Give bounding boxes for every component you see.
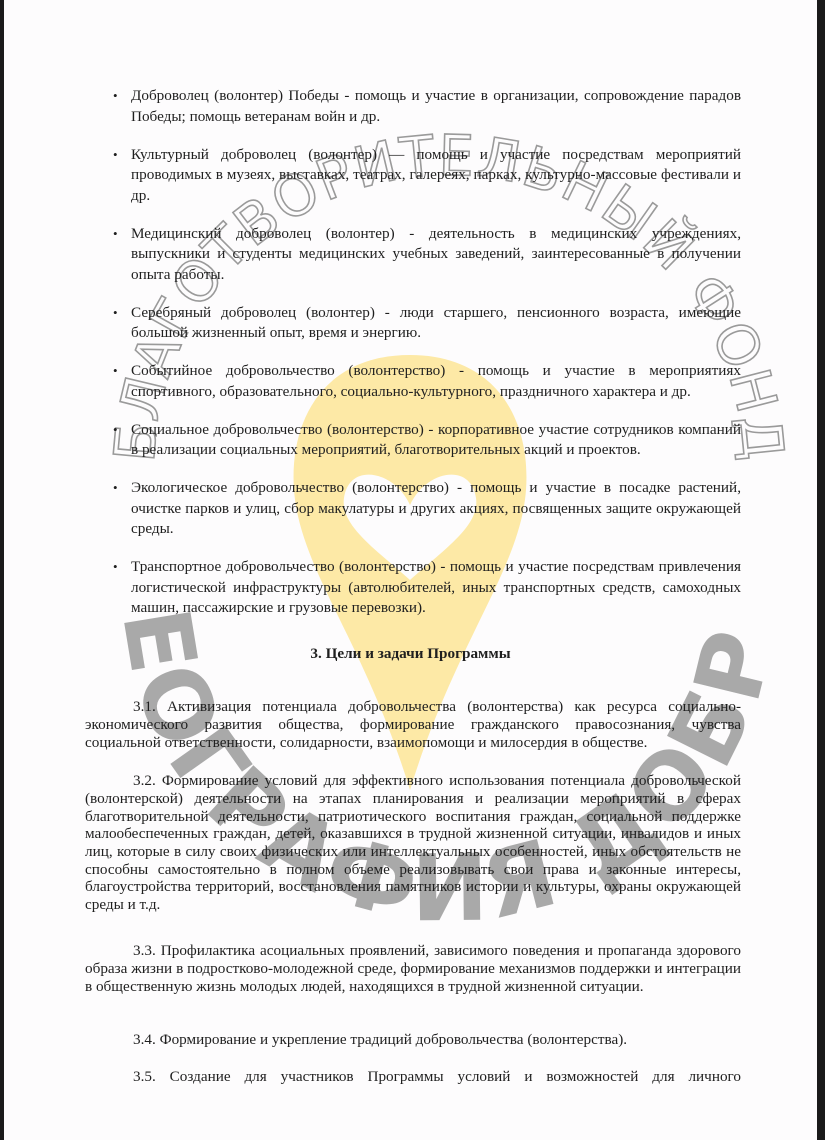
volunteer-types-list: •Доброволец (волонтер) Победы - помощь и… bbox=[4, 86, 817, 636]
list-item: •Медицинский доброволец (волонтер) - дея… bbox=[131, 224, 741, 286]
bullet-icon: • bbox=[113, 224, 118, 245]
list-item: •Социальное добровольчество (волонтерств… bbox=[131, 420, 741, 461]
section-heading: 3. Цели и задачи Программы bbox=[4, 644, 817, 664]
paragraph-3-4: 3.4. Формирование и укрепление традиций … bbox=[85, 1031, 741, 1049]
paragraph-3-5: 3.5. Создание для участников Программы у… bbox=[85, 1068, 741, 1086]
list-item: •Доброволец (волонтер) Победы - помощь и… bbox=[131, 86, 741, 127]
bullet-icon: • bbox=[113, 86, 118, 107]
list-item: •Событийное добровольчество (волонтерств… bbox=[131, 361, 741, 402]
bullet-icon: • bbox=[113, 303, 118, 324]
bullet-icon: • bbox=[113, 145, 118, 166]
paragraph-3-1: 3.1. Активизация потенциала добровольчес… bbox=[85, 698, 741, 751]
list-item: •Экологическое добровольчество (волонтер… bbox=[131, 478, 741, 540]
bullet-icon: • bbox=[113, 361, 118, 382]
paragraph-3-2: 3.2. Формирование условий для эффективно… bbox=[85, 772, 741, 914]
document-page: БЛАГОТВОРИТЕЛЬНЫЙ ФОНД ГЕОГРАФИЯ ДОБРА •… bbox=[4, 0, 817, 1140]
paragraph-3-3: 3.3. Профилактика асоциальных проявлений… bbox=[85, 942, 741, 995]
bullet-icon: • bbox=[113, 557, 118, 578]
list-item: •Культурный доброволец (волонтер) — помо… bbox=[131, 145, 741, 207]
bullet-icon: • bbox=[113, 478, 118, 499]
list-item: •Транспортное добровольчество (волонтерс… bbox=[131, 557, 741, 619]
bullet-icon: • bbox=[113, 420, 118, 441]
list-item: •Серебряный доброволец (волонтер) - люди… bbox=[131, 303, 741, 344]
